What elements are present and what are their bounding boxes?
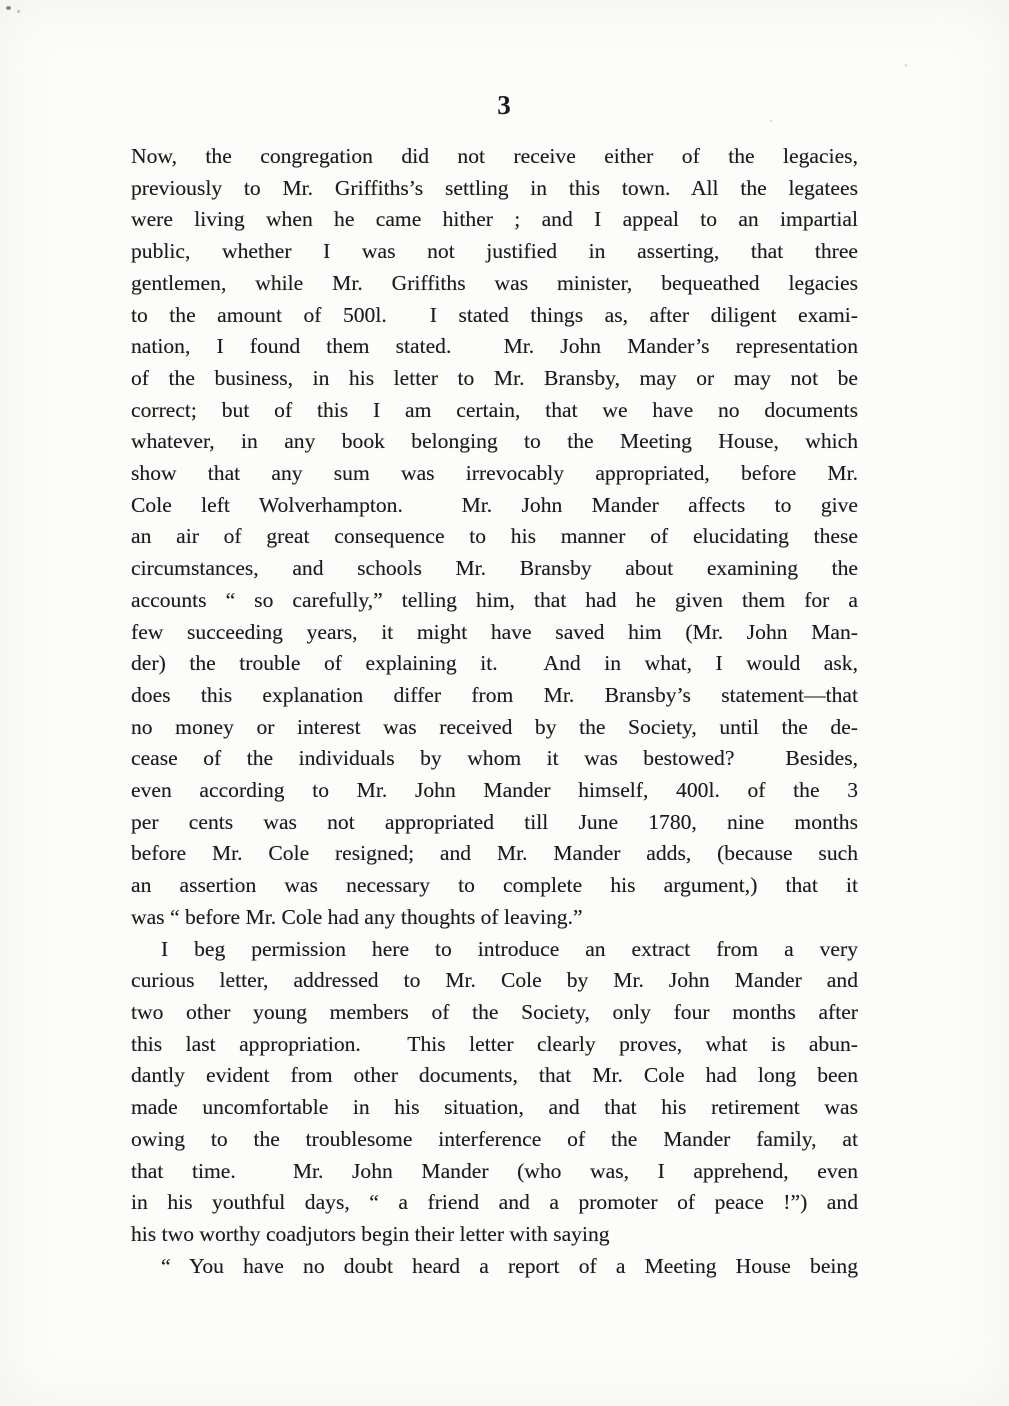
text-line: an assertion was necessary to complete h… <box>131 870 858 902</box>
text-line: were living when he came hither ; and I … <box>131 204 858 236</box>
paragraph: I beg permission here to introduce an ex… <box>131 934 858 1251</box>
text-line: whatever, in any book belonging to the M… <box>131 426 858 458</box>
text-line: dantly evident from other documents, tha… <box>131 1060 858 1092</box>
text-line: this last appropriation. This letter cle… <box>131 1029 858 1061</box>
text-line: even according to Mr. John Mander himsel… <box>131 775 858 807</box>
text-line: nation, I found them stated. Mr. John Ma… <box>131 331 858 363</box>
text-line: that time. Mr. John Mander (who was, I a… <box>131 1156 858 1188</box>
text-line: made uncomfortable in his situation, and… <box>131 1092 858 1124</box>
text-line: before Mr. Cole resigned; and Mr. Mander… <box>131 838 858 870</box>
page-text: Now, the congregation did not receive ei… <box>131 141 858 1282</box>
text-line: per cents was not appropriated till June… <box>131 807 858 839</box>
text-line: I beg permission here to introduce an ex… <box>131 934 858 966</box>
text-line: of the business, in his letter to Mr. Br… <box>131 363 858 395</box>
text-line: no money or interest was received by the… <box>131 712 858 744</box>
text-line: “ You have no doubt heard a report of a … <box>131 1251 858 1283</box>
text-line: accounts “ so carefully,” telling him, t… <box>131 585 858 617</box>
text-line: owing to the troublesome interference of… <box>131 1124 858 1156</box>
text-line: an air of great consequence to his manne… <box>131 521 858 553</box>
text-line: correct; but of this I am certain, that … <box>131 395 858 427</box>
text-line: curious letter, addressed to Mr. Cole by… <box>131 965 858 997</box>
text-line: circumstances, and schools Mr. Bransby a… <box>131 553 858 585</box>
text-line: his two worthy coadjutors begin their le… <box>131 1219 858 1251</box>
text-line: gentlemen, while Mr. Griffiths was minis… <box>131 268 858 300</box>
text-line: to the amount of 500l. I stated things a… <box>131 300 858 332</box>
scan-speck <box>905 64 907 67</box>
text-line: cease of the individuals by whom it was … <box>131 743 858 775</box>
text-line: show that any sum was irrevocably approp… <box>131 458 858 490</box>
paragraph: “ You have no doubt heard a report of a … <box>131 1251 858 1283</box>
text-line: in his youthful days, “ a friend and a p… <box>131 1187 858 1219</box>
text-line: der) the trouble of explaining it. And i… <box>131 648 858 680</box>
page-number: 3 <box>0 90 1009 121</box>
text-line: was “ before Mr. Cole had any thoughts o… <box>131 902 858 934</box>
text-line: two other young members of the Society, … <box>131 997 858 1029</box>
text-line: few succeeding years, it might have save… <box>131 617 858 649</box>
text-line: Cole left Wolverhampton. Mr. John Mander… <box>131 490 858 522</box>
scan-speck <box>6 6 11 10</box>
text-line: public, whether I was not justified in a… <box>131 236 858 268</box>
text-line: previously to Mr. Griffiths’s settling i… <box>131 173 858 205</box>
text-line: does this explanation differ from Mr. Br… <box>131 680 858 712</box>
text-line: Now, the congregation did not receive ei… <box>131 141 858 173</box>
scan-speck <box>17 10 20 13</box>
paragraph: Now, the congregation did not receive ei… <box>131 141 858 934</box>
document-page: 3 Now, the congregation did not receive … <box>0 0 1009 1406</box>
